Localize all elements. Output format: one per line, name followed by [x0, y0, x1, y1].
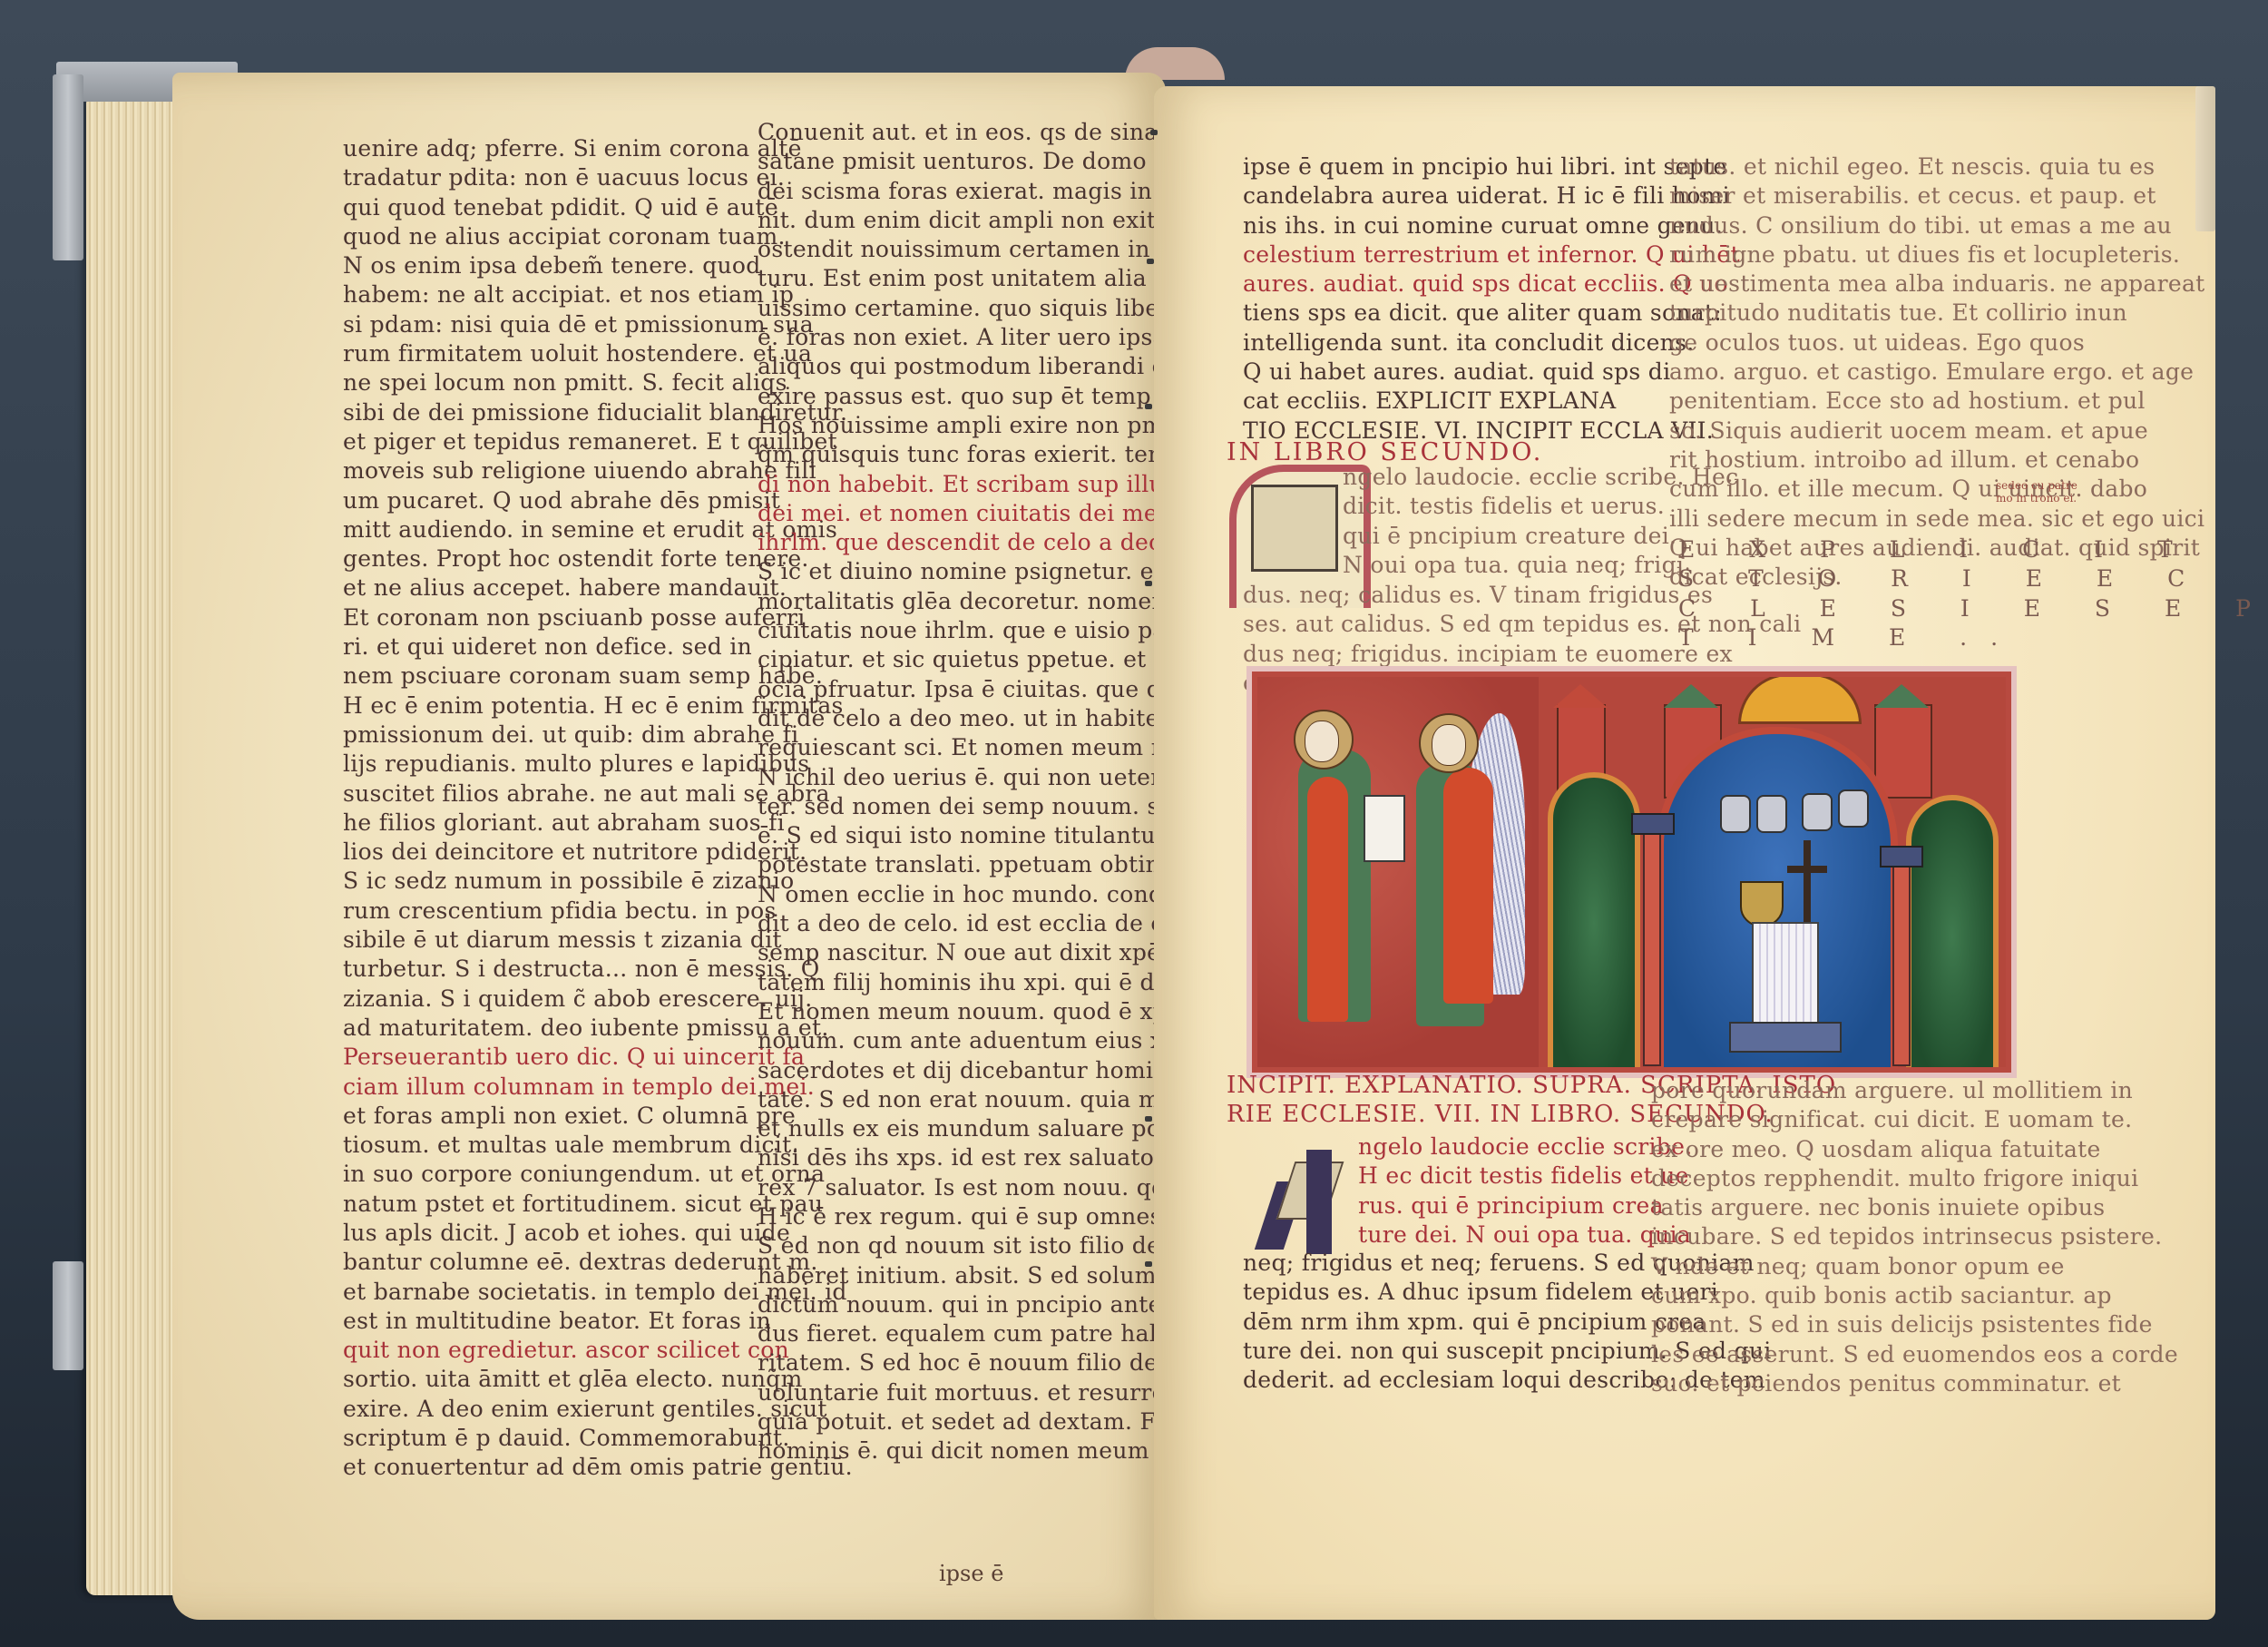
- arcade-left-green: [1548, 772, 1640, 1073]
- manuscript-line: intelligenda sunt. ita concludit dicens.: [1243, 328, 1740, 358]
- manuscript-line: celestium terrestrium et infernor. Q ui …: [1243, 240, 1740, 270]
- arcade-right-green: [1906, 795, 1999, 1073]
- manuscript-line: H ec dicit testis fidelis et ue: [1358, 1162, 1692, 1191]
- manuscript-line: tatis arguere. nec bonis inuiete opibus: [1651, 1193, 2178, 1222]
- church-dome: [1738, 673, 1862, 724]
- manuscript-line: aures. audiat. quid sps dicat eccliis. Q…: [1243, 270, 1740, 299]
- manuscript-line: V nde et neq; quam bonor opum ee: [1651, 1252, 2178, 1281]
- explicit-rubric: E X P L I C I TS T O R I E E CC L E S I …: [1678, 535, 2268, 652]
- manuscript-line: so. Siquis audierit uocem meam. et apue: [1669, 417, 2205, 446]
- binding-stitch: [1147, 259, 1154, 264]
- crucifix-icon: [1804, 840, 1811, 922]
- manuscript-line: ponant. S ed in suis delicijs psistentes…: [1651, 1310, 2178, 1339]
- catchword: ipse ē: [939, 1561, 1003, 1586]
- manuscript-line: nis ihs. in cui nomine curuat omne genu.: [1243, 211, 1740, 240]
- manuscript-line: S T O R I E E C: [1678, 564, 2268, 593]
- manuscript-line: Q ui habet aures. audiat. quid sps di: [1243, 358, 1740, 387]
- tower-roof: [1874, 684, 1929, 708]
- page-stack: [86, 98, 186, 1595]
- metal-corner-clip-top-left-vertical: [53, 74, 83, 260]
- column: [1643, 827, 1661, 1066]
- decorated-initial-a-2: [1256, 1145, 1356, 1254]
- binding-stitch: [1145, 404, 1152, 409]
- church-tower: [1874, 704, 1932, 799]
- manuscript-line: T I M E ..: [1678, 623, 2268, 652]
- manuscript-line: nudus. C onsilium do tibi. ut emas a me …: [1669, 211, 2205, 240]
- manuscript-line: deceptos repphendit. multo frigore iniqu…: [1651, 1164, 2178, 1193]
- margin-note-line: mo in trono ei.: [1996, 492, 2077, 505]
- initial-stroke: [1306, 1150, 1332, 1254]
- chalice-icon: [1740, 881, 1784, 926]
- altar-base: [1729, 1022, 1842, 1053]
- manuscript-line: tiens sps ea dicit. que aliter quam sona…: [1243, 299, 1740, 328]
- hanging-lamp-icon: [1756, 795, 1787, 833]
- manuscript-line: suo. et pciendos penitus comminatur. et: [1651, 1369, 2178, 1398]
- manuscript-line: rum igne pbatu. ut diues fis et locuplet…: [1669, 240, 2205, 270]
- manuscript-line: rus. qui ē principium crea: [1358, 1191, 1692, 1221]
- manuscript-line: miser et miserabilis. et cecus. et paup.…: [1669, 181, 2205, 211]
- crucifix-bar: [1787, 866, 1827, 873]
- manuscript-line: C L E S I E S E P: [1678, 594, 2268, 623]
- manuscript-line: rit hostium. introibo ad illum. et cenab…: [1669, 446, 2205, 475]
- margin-note: sedeo cu patre mo in trono ei.: [1996, 479, 2077, 505]
- manuscript-line: tatus. et nichil egeo. Et nescis. quia t…: [1669, 152, 2205, 181]
- manuscript-line: pore quorundam arguere. ul mollitiem in: [1651, 1076, 2178, 1105]
- manuscript-line: ge oculos tuos. ut uideas. Ego quos: [1669, 328, 2205, 358]
- margin-note-line: sedeo cu patre: [1996, 479, 2077, 492]
- manuscript-line: et uestimenta mea alba induaris. ne appa…: [1669, 270, 2205, 299]
- manuscript-line: illi sedere mecum in sede mea. sic et eg…: [1669, 505, 2205, 534]
- initial-ornament-panel: [1251, 485, 1338, 572]
- hanging-lamp-icon: [1802, 793, 1833, 831]
- binding-stitch: [1150, 130, 1158, 135]
- right-page-lower-initial-text: ngelo laudocie ecclie scribe.H ec dicit …: [1358, 1132, 1692, 1250]
- manuscript-line: E X P L I C I T: [1678, 535, 2268, 564]
- column: [1892, 858, 1911, 1066]
- manuscript-line: cum illo. et ille mecum. Q ui uincit. da…: [1669, 475, 2205, 504]
- binding-stitch: [1145, 581, 1152, 586]
- right-page-column-1-top: ipse ē quem in pncipio hui libri. int se…: [1243, 152, 1740, 446]
- manuscript-line: candelabra aurea uiderat. H ic ē fili ho…: [1243, 181, 1740, 211]
- manuscript-line: ex ore meo. Q uosdam aliqua fatuitate: [1651, 1135, 2178, 1164]
- hanging-lamp-icon: [1838, 789, 1869, 828]
- binding-stitch: [1145, 1116, 1152, 1122]
- column-capital: [1880, 846, 1923, 868]
- manuscript-line: amo. arguo. et castigo. Emulare ergo. et…: [1669, 358, 2205, 387]
- column-capital: [1631, 813, 1675, 835]
- manuscript-line: crepare significat. cui dicit. E uomam t…: [1651, 1105, 2178, 1134]
- illuminated-miniature: [1252, 672, 2011, 1073]
- manuscript-line: ture dei. N oui opa tua. quia: [1358, 1221, 1692, 1250]
- manuscript-line: les ee asserunt. S ed euomendos eos a co…: [1651, 1340, 2178, 1369]
- manuscript-line: turpitudo nuditatis tue. Et collirio inu…: [1669, 299, 2205, 328]
- tower-roof: [1553, 684, 1608, 708]
- saint-john-face: [1305, 721, 1339, 762]
- right-page-column-2-bottom: pore quorundam arguere. ul mollitiem inc…: [1651, 1076, 2178, 1398]
- angel-face: [1432, 724, 1466, 766]
- book-icon: [1364, 795, 1405, 862]
- manuscript-line: incubare. S ed tepidos intrinsecus psist…: [1651, 1222, 2178, 1251]
- manuscript-line: cat eccliis. EXPLICIT EXPLANA: [1243, 387, 1740, 416]
- altar-cloth: [1752, 922, 1819, 1030]
- manuscript-line: ipse ē quem in pncipio hui libri. int se…: [1243, 152, 1740, 181]
- saint-john-mantle: [1307, 777, 1348, 1022]
- tower-roof: [1664, 684, 1718, 708]
- right-page-column-2-top: tatus. et nichil egeo. Et nescis. quia t…: [1669, 152, 2205, 592]
- hanging-lamp-icon: [1720, 795, 1751, 833]
- metal-clip-bottom-left: [53, 1261, 83, 1370]
- manuscript-line: penitentiam. Ecce sto ad hostium. et pul: [1669, 387, 2205, 416]
- manuscript-line: cum xpo. quib bonis actib saciantur. ap: [1651, 1281, 2178, 1310]
- angel-mantle: [1443, 768, 1493, 1004]
- manuscript-line: ngelo laudocie ecclie scribe.: [1358, 1132, 1692, 1162]
- binding-stitch: [1145, 1261, 1152, 1267]
